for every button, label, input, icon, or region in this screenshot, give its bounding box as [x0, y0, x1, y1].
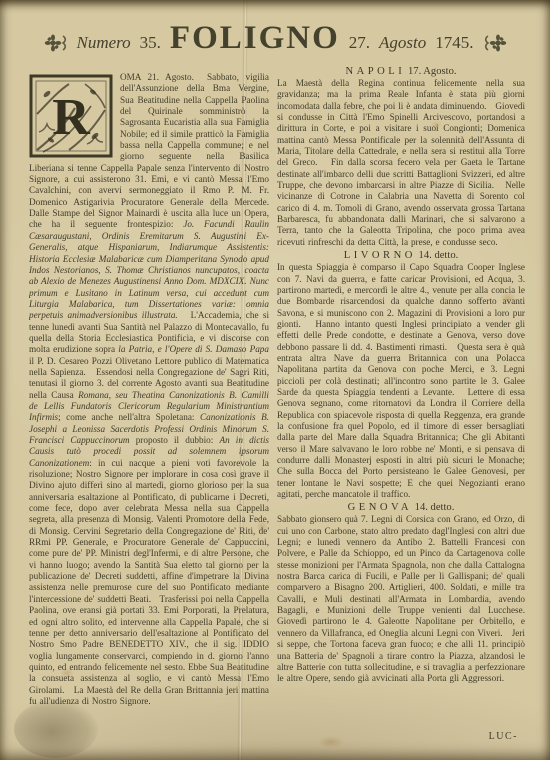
left-column: R OMA 21. Agosto. Sabbato, vigilia dell'…: [29, 72, 269, 724]
section-heading-genova: GENOVA 14. detto.: [277, 502, 525, 513]
section-heading-napoli: NAPOLI 17. Agosto.: [277, 66, 525, 77]
livorno-article-text: In questa Spiaggia è comparso il Capo Sq…: [277, 262, 525, 500]
fleuron-icon-right: [483, 31, 507, 60]
napoli-article-text: La Maestà della Regina continua feliceme…: [277, 78, 525, 248]
masthead-month: Agosto: [379, 33, 426, 53]
dropcap-letter: R: [52, 89, 91, 146]
section-genova: GENOVA 14. detto. Sabbato gionsero quà 7…: [277, 502, 525, 684]
genova-article-text: Sabbato gionsero quà 7. Legni di Corsica…: [277, 514, 525, 684]
right-column: NAPOLI 17. Agosto. La Maestà della Regin…: [277, 64, 525, 728]
catchword: LUC-: [489, 731, 518, 742]
section-city: LIVORNO: [344, 250, 416, 261]
section-city: GENOVA: [348, 502, 412, 513]
section-date: 17. Agosto.: [408, 66, 457, 77]
foxing-spot: [318, 736, 344, 748]
section-date: 14. detto.: [419, 250, 459, 261]
roma-article-text: OMA 21. Agosto. Sabbato, vigilia dell'As…: [29, 72, 269, 707]
masthead-day: 27.: [349, 33, 370, 53]
section-livorno: LIVORNO 14. detto. In questa Spiaggia è …: [277, 250, 525, 500]
section-date: 14. detto.: [415, 502, 455, 513]
gazette-page: Numero 35. FOLIGNO 27. Agosto 1745.: [0, 0, 550, 760]
masthead-numero-value: 35.: [140, 33, 161, 53]
masthead: Numero 35. FOLIGNO 27. Agosto 1745.: [0, 22, 550, 68]
section-heading-livorno: LIVORNO 14. detto.: [277, 250, 525, 261]
fleuron-icon-left: [44, 31, 68, 60]
masthead-city-title: FOLIGNO: [170, 22, 340, 55]
masthead-year: 1745.: [435, 33, 473, 53]
dropcap-woodcut: R: [29, 74, 113, 158]
section-city: NAPOLI: [345, 66, 405, 77]
masthead-numero-label: Numero: [77, 33, 131, 53]
section-napoli: NAPOLI 17. Agosto. La Maestà della Regin…: [277, 66, 525, 248]
